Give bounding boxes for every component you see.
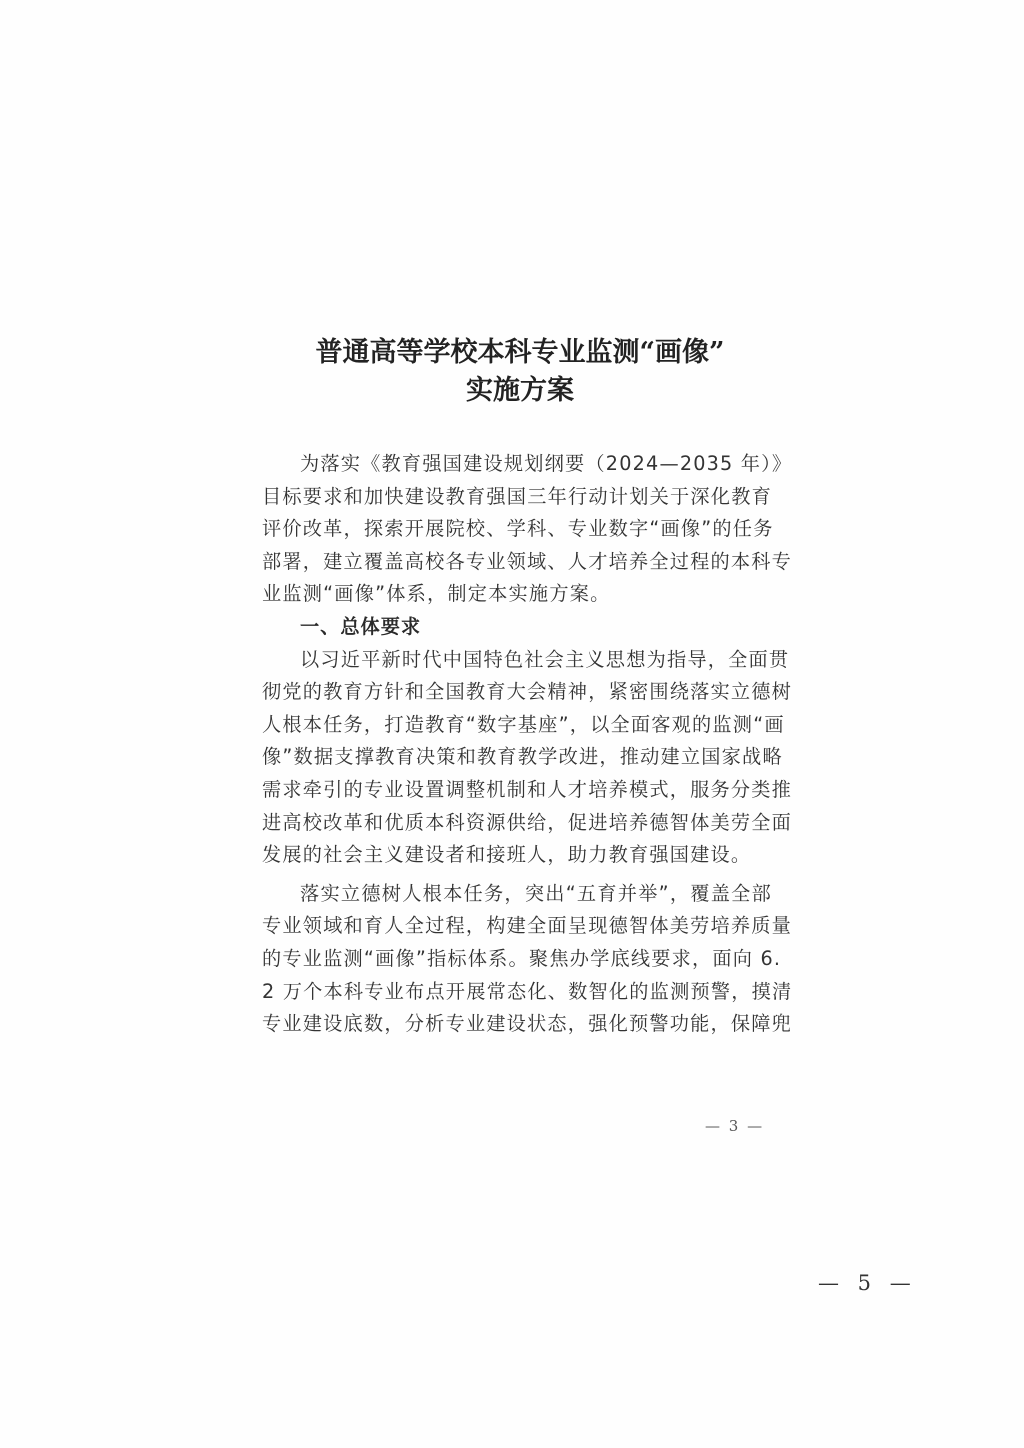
paragraph-line: 业监测“画像”体系，制定本实施方案。 xyxy=(262,578,772,611)
outer-page-number: — 5 — xyxy=(818,1271,917,1295)
paragraph-line: 像”数据支撑教育决策和教育教学改进，推动建立国家战略 xyxy=(262,741,772,774)
document-title-line-1: 普通高等学校本科专业监测“画像” xyxy=(260,330,780,369)
paragraph-line: 人根本任务，打造教育“数字基座”，以全面客观的监测“画 xyxy=(262,709,772,742)
paragraph-line: 专业领域和育人全过程，构建全面呈现德智体美劳培养质量 xyxy=(262,910,772,943)
paragraph-line: 目标要求和加快建设教育强国三年行动计划关于深化教育 xyxy=(262,481,772,514)
paragraph-line: 落实立德树人根本任务，突出“五育并举”，覆盖全部 xyxy=(262,878,772,911)
paragraph-line: 部署，建立覆盖高校各专业领域、人才培养全过程的本科专 xyxy=(262,546,772,579)
paragraph-line: 的专业监测“画像”指标体系。聚焦办学底线要求，面向 6. xyxy=(262,943,772,976)
paragraph-line: 2 万个本科专业布点开展常态化、数智化的监测预警，摸清 xyxy=(262,976,772,1009)
paragraph-line: 进高校改革和优质本科资源供给，促进培养德智体美劳全面 xyxy=(262,807,772,840)
paragraph-line: 以习近平新时代中国特色社会主义思想为指导，全面贯 xyxy=(262,644,772,677)
document-page: 普通高等学校本科专业监测“画像” 实施方案 为落实《教育强国建设规划纲要（202… xyxy=(0,0,1024,1448)
document-body: 为落实《教育强国建设规划纲要（2024—2035 年）》 目标要求和加快建设教育… xyxy=(262,448,772,1041)
paragraph-line: 需求牵引的专业设置调整机制和人才培养模式，服务分类推 xyxy=(262,774,772,807)
paragraph-line: 为落实《教育强国建设规划纲要（2024—2035 年）》 xyxy=(262,448,772,481)
paragraph-line: 彻党的教育方针和全国教育大会精神，紧密围绕落实立德树 xyxy=(262,676,772,709)
inner-page-number: — 3 — xyxy=(705,1117,764,1135)
document-title-line-2: 实施方案 xyxy=(260,368,780,407)
paragraph-line: 发展的社会主义建设者和接班人，助力教育强国建设。 xyxy=(262,839,772,872)
section-heading: 一、总体要求 xyxy=(262,611,772,644)
paragraph-line: 评价改革，探索开展院校、学科、专业数字“画像”的任务 xyxy=(262,513,772,546)
paragraph-line: 专业建设底数，分析专业建设状态，强化预警功能，保障兜 xyxy=(262,1008,772,1041)
